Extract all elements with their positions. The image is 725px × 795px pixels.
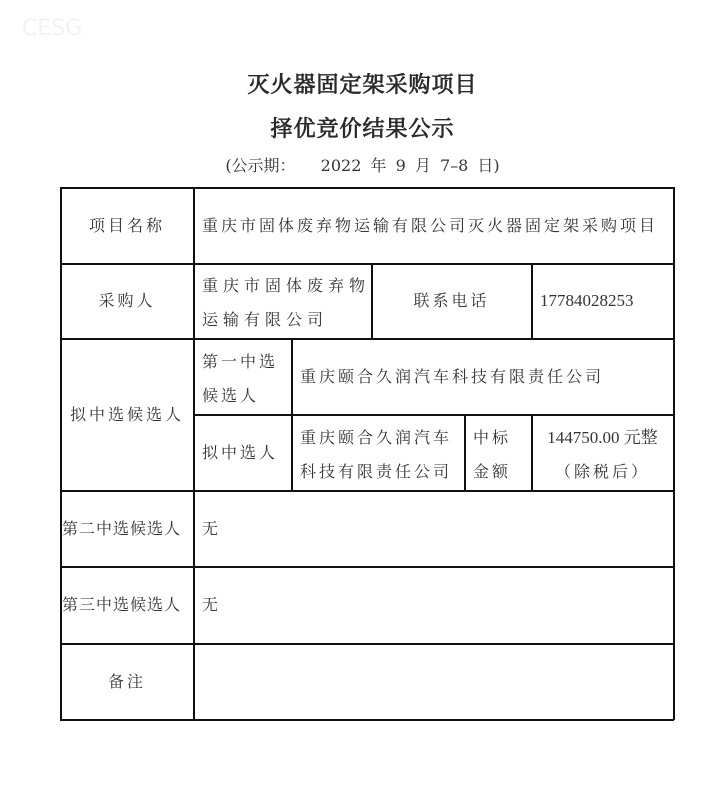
remarks-value <box>194 644 673 719</box>
second-candidate-label: 第二中选候选人 <box>61 491 193 566</box>
winner-value: 重庆颐合久润汽车 科技有限责任公司 <box>292 415 464 490</box>
phone-value: 17784028253 <box>532 264 673 338</box>
candidate-label: 拟中选候选人 <box>61 339 193 490</box>
purchaser-label: 采购人 <box>61 264 193 338</box>
first-candidate-value: 重庆颐合久润汽车科技有限责任公司 <box>292 339 673 414</box>
first-candidate-label-line1: 第一中选 <box>202 343 278 381</box>
amount-label-line2: 金额 <box>473 457 511 487</box>
phone-label: 联系电话 <box>372 264 531 338</box>
purchaser-line1: 重庆市固体废弃物 <box>202 267 370 305</box>
third-candidate-label: 第三中选候选人 <box>61 567 193 643</box>
results-table: 项目名称 重庆市固体废弃物运输有限公司灭火器固定架采购项目 采购人 重庆市固体废… <box>0 0 725 795</box>
winner-value-line1: 重庆颐合久润汽车 <box>300 419 452 457</box>
table-border <box>673 187 675 720</box>
first-candidate-label: 第一中选 候选人 <box>194 339 291 414</box>
amount-value: 144750.00 元整 （除税后） <box>532 415 673 490</box>
remarks-label: 备注 <box>61 644 193 719</box>
second-candidate-value: 无 <box>194 491 673 566</box>
table-border <box>60 719 674 721</box>
purchaser-line2: 运输有限公司 <box>202 305 328 335</box>
project-name-label: 项目名称 <box>61 188 193 263</box>
amount-value-line2: （除税后） <box>555 457 650 487</box>
winner-value-line2: 科技有限责任公司 <box>300 457 452 487</box>
amount-value-line1: 144750.00 元整 <box>547 419 658 457</box>
winner-label: 拟中选人 <box>194 415 291 490</box>
purchaser-value: 重庆市固体废弃物 运输有限公司 <box>194 264 371 338</box>
third-candidate-value: 无 <box>194 567 673 643</box>
amount-label: 中标 金额 <box>465 415 531 490</box>
first-candidate-label-line2: 候选人 <box>202 381 259 411</box>
project-name-value: 重庆市固体废弃物运输有限公司灭火器固定架采购项目 <box>194 188 673 263</box>
amount-label-line1: 中标 <box>473 419 511 457</box>
